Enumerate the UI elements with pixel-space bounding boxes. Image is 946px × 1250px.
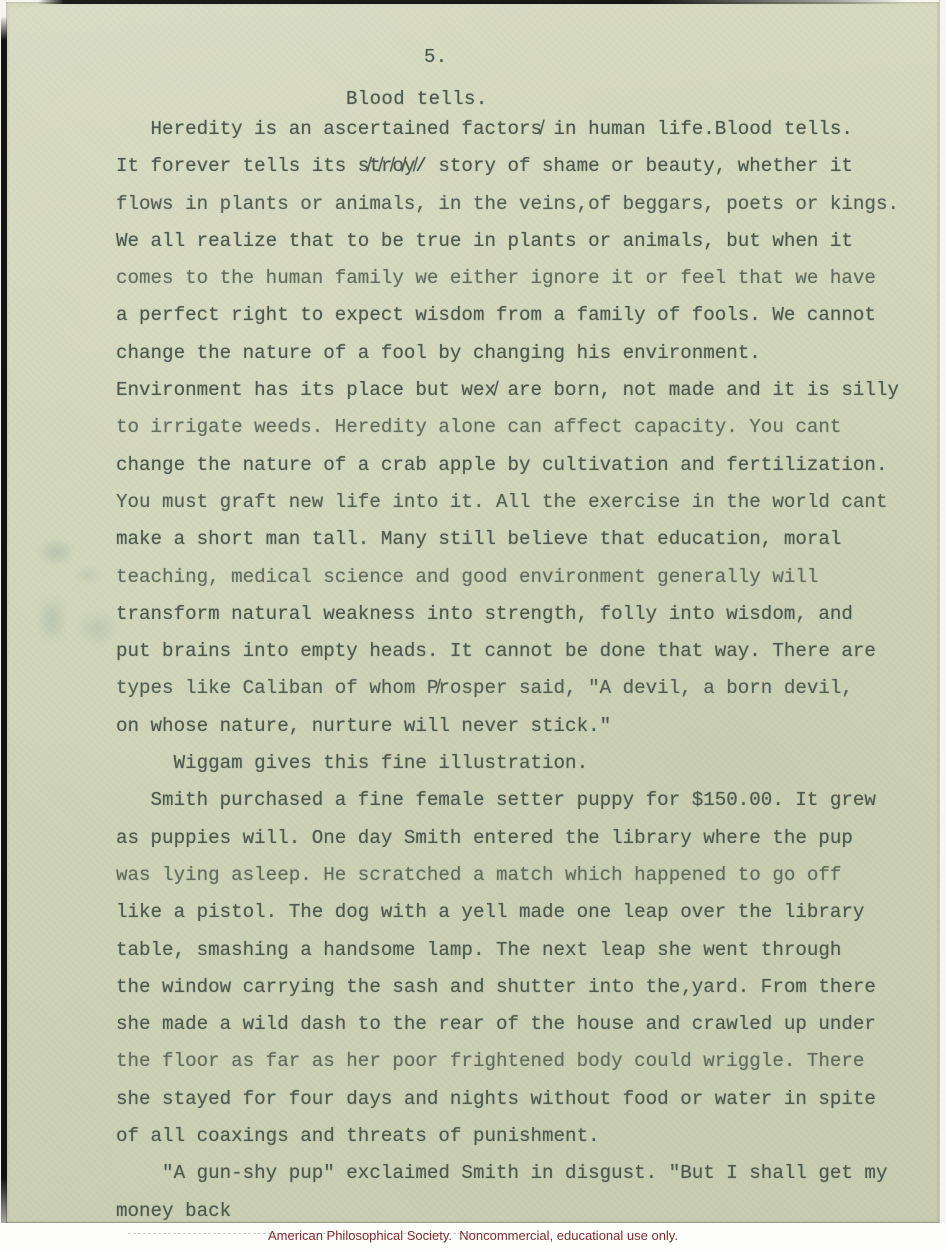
typed-line: Heredity is an ascertained factors̸ in h… [116, 111, 926, 148]
scan-edge-top [38, 0, 906, 4]
typed-line: We all realize that to be true in plants… [116, 223, 926, 260]
typed-line: change the nature of a crab apple by cul… [116, 447, 926, 484]
typed-line: Environment has its place but wex̸ are b… [116, 372, 926, 409]
typed-line: table, smashing a handsome lamp. The nex… [116, 932, 926, 969]
typed-line: she made a wild dash to the rear of the … [116, 1006, 926, 1043]
typed-line: a perfect right to expect wisdom from a … [116, 297, 926, 334]
typed-line: transform natural weakness into strength… [116, 596, 926, 633]
typed-line: on whose nature, nurture will never stic… [116, 708, 926, 745]
typed-line: was lying asleep. He scratched a match w… [116, 857, 926, 894]
typed-line: like a pistol. The dog with a yell made … [116, 894, 926, 931]
typed-line: flows in plants or animals, in the veins… [116, 186, 926, 223]
page-number: 5. [424, 46, 448, 68]
typed-line: Wiggam gives this fine illustration. [116, 745, 926, 782]
typed-line: It forever tells its s̸t̸r̸o̸y̸/ story o… [116, 148, 926, 185]
typed-line: You must graft new life into it. All the… [116, 484, 926, 521]
scanned-document: 5. Blood tells. Heredity is an ascertain… [0, 0, 946, 1250]
typed-line: of all coaxings and threats of punishmen… [116, 1118, 926, 1155]
typed-line: the window carrying the sash and shutter… [116, 969, 926, 1006]
scan-edge-right [939, 0, 940, 1223]
typed-line: make a short man tall. Many still believ… [116, 521, 926, 558]
typed-line: teaching, medical science and good envir… [116, 559, 926, 596]
ink-bleedthrough-marks [18, 520, 128, 680]
typed-body-text: Heredity is an ascertained factors̸ in h… [116, 111, 926, 1230]
document-title: Blood tells. [346, 88, 488, 110]
typed-line: "A gun-shy pup" exclaimed Smith in disgu… [116, 1155, 926, 1192]
typed-line: the floor as far as her poor frightened … [116, 1043, 926, 1080]
scan-edge-left [1, 16, 7, 1226]
typed-line: change the nature of a fool by changing … [116, 335, 926, 372]
typed-line: Smith purchased a fine female setter pup… [116, 782, 926, 819]
typed-line: she stayed for four days and nights with… [116, 1081, 926, 1118]
typed-line: comes to the human family we either igno… [116, 260, 926, 297]
typed-line: put brains into empty heads. It cannot b… [116, 633, 926, 670]
typed-line: as puppies will. One day Smith entered t… [116, 820, 926, 857]
archive-watermark: American Philosophical Society. Noncomme… [0, 1228, 946, 1243]
typed-line: to irrigate weeds. Heredity alone can af… [116, 409, 926, 446]
typed-line: types like Caliban of whom P̸rosper said… [116, 670, 926, 707]
